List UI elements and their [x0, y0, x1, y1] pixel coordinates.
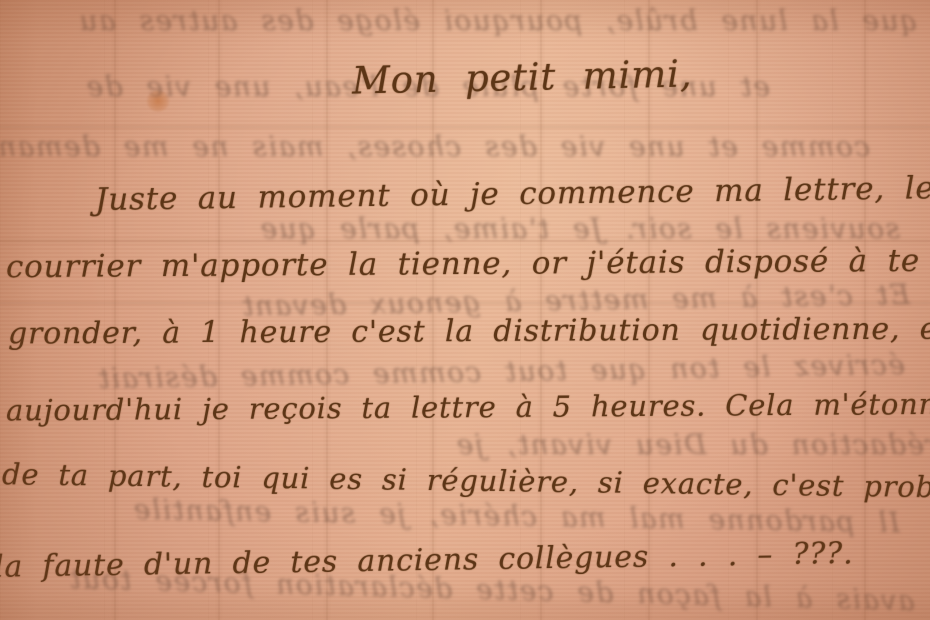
photo-vignette — [0, 0, 930, 620]
handwritten-letter-photo: que la lune brûle, pourquoi éloge des au… — [0, 0, 930, 620]
